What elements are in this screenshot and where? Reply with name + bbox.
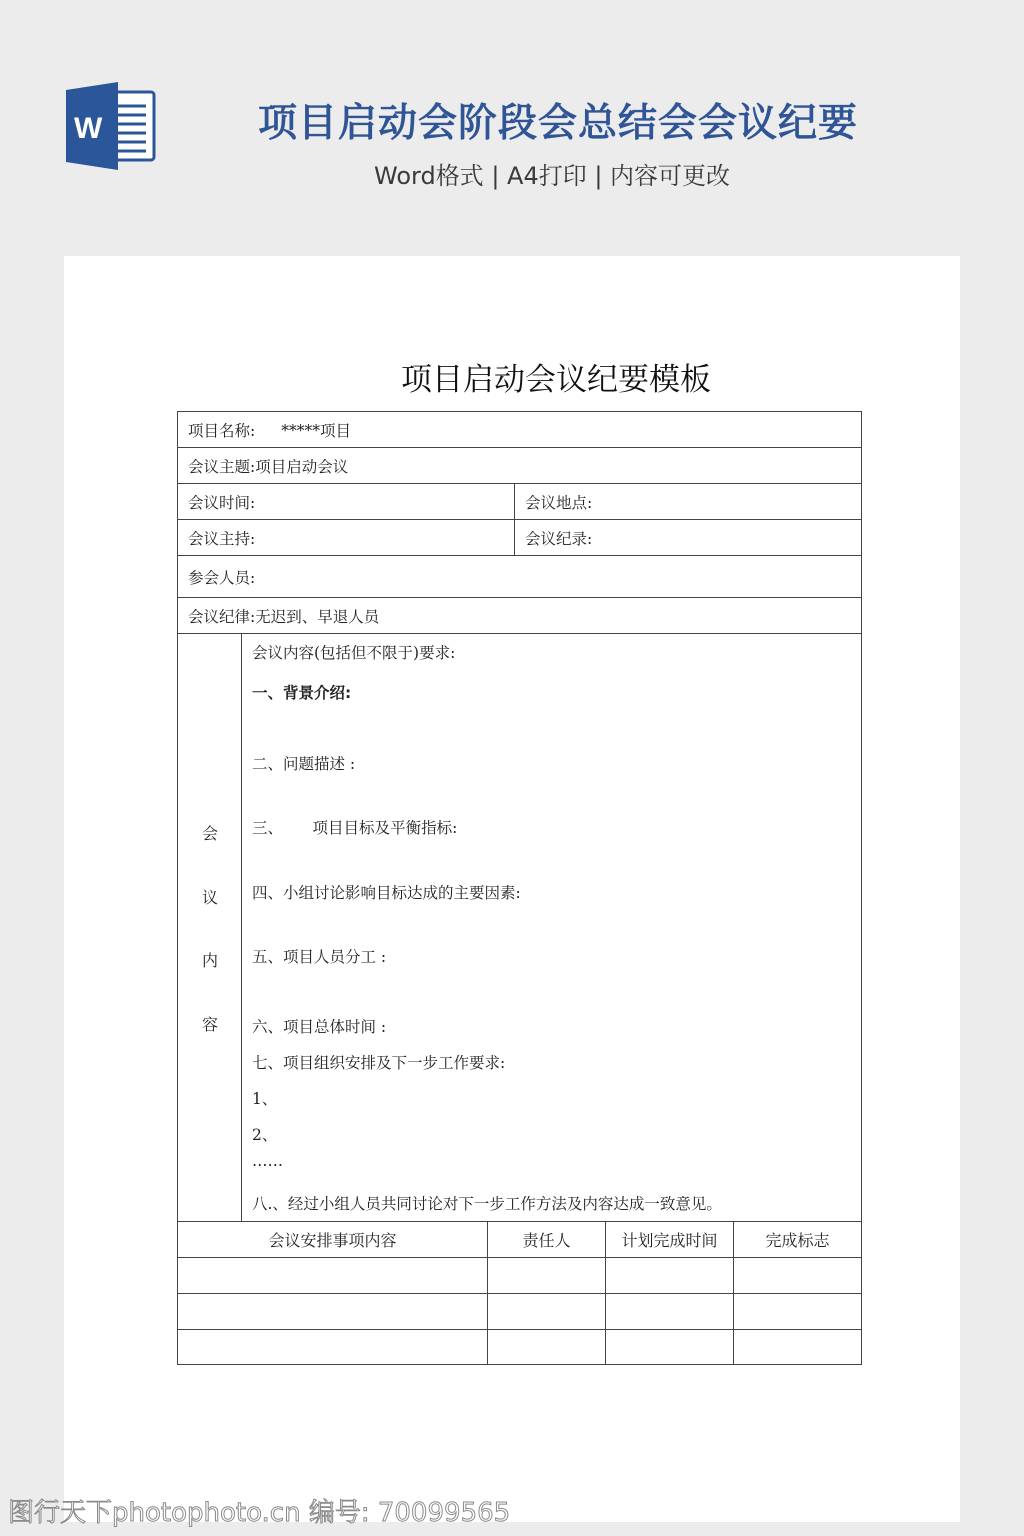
content-item-1[interactable]: 一、背景介绍:: [252, 681, 351, 703]
time-field[interactable]: 会议时间:: [178, 484, 515, 519]
col-header-completion: 完成标志: [734, 1222, 861, 1257]
table-cell[interactable]: [734, 1294, 861, 1329]
col-header-deadline: 计划完成时间: [606, 1222, 734, 1257]
recorder-field[interactable]: 会议纪录:: [515, 520, 861, 555]
topic-row: 会议主题:项目启动会议: [177, 447, 862, 483]
table-cell[interactable]: [488, 1330, 606, 1364]
content-item-3[interactable]: 三、 项目目标及平衡指标:: [252, 816, 457, 838]
discipline-row: 会议纪律:无迟到、早退人员: [177, 597, 862, 633]
table-cell[interactable]: [734, 1330, 861, 1364]
content-side-label: 会 议 内 容: [178, 634, 242, 1221]
content-item-5[interactable]: 五、项目人员分工 :: [252, 945, 386, 967]
table-cell[interactable]: [734, 1258, 861, 1293]
location-field[interactable]: 会议地点:: [515, 484, 861, 519]
topic-field[interactable]: 会议主题:项目启动会议: [178, 448, 861, 483]
content-item-2[interactable]: 二、问题描述 :: [252, 752, 355, 774]
host-field[interactable]: 会议主持:: [178, 520, 515, 555]
content-item-8[interactable]: 八.、经过小组人员共同讨论对下一步工作方法及内容达成一致意见。: [252, 1192, 722, 1214]
table-cell[interactable]: [606, 1330, 734, 1364]
content-ellipsis: ……: [252, 1152, 283, 1170]
content-item-6[interactable]: 六、项目总体时间 :: [252, 1015, 386, 1037]
col-header-item: 会议安排事项内容: [178, 1222, 488, 1257]
project-name-value[interactable]: *****项目: [281, 419, 351, 441]
watermark-text: 图行天下photophoto.cn 编号: 70099565: [8, 1492, 510, 1529]
host-recorder-row: 会议主持: 会议纪录:: [177, 519, 862, 555]
table-row: [177, 1257, 862, 1293]
banner-title: 项目启动会阶段会总结会会议纪要: [258, 92, 858, 148]
content-subitem-2[interactable]: 2、: [252, 1123, 277, 1145]
banner-subtitle: Word格式 | A4打印 | 内容可更改: [374, 156, 730, 191]
word-icon: W: [64, 82, 156, 170]
meeting-content-section: 会 议 内 容 会议内容(包括但不限于)要求: 一、背景介绍: 二、问题描述 :…: [177, 633, 862, 1221]
svg-text:W: W: [74, 112, 103, 145]
table-cell[interactable]: [178, 1258, 488, 1293]
content-subitem-1[interactable]: 1、: [252, 1087, 277, 1109]
table-cell[interactable]: [606, 1294, 734, 1329]
table-row: [177, 1329, 862, 1365]
project-name-row: 项目名称: *****项目: [177, 411, 862, 447]
table-cell[interactable]: [488, 1294, 606, 1329]
banner-header: W 项目启动会阶段会总结会会议纪要 Word格式 | A4打印 | 内容可更改: [0, 0, 1024, 256]
table-row: [177, 1293, 862, 1329]
content-item-7[interactable]: 七、项目组织安排及下一步工作要求:: [252, 1051, 505, 1073]
attendees-field[interactable]: 参会人员:: [178, 556, 861, 597]
table-cell[interactable]: [178, 1294, 488, 1329]
table-cell[interactable]: [178, 1330, 488, 1364]
content-intro: 会议内容(包括但不限于)要求:: [252, 641, 455, 663]
discipline-field[interactable]: 会议纪律:无迟到、早退人员: [178, 598, 861, 633]
project-name-label: 项目名称:: [188, 419, 255, 441]
document-page: 项目启动会议纪要模板 项目名称: *****项目 会议主题:项目启动会议 会议时…: [64, 256, 960, 1522]
table-cell[interactable]: [488, 1258, 606, 1293]
table-cell[interactable]: [606, 1258, 734, 1293]
action-table-header: 会议安排事项内容 责任人 计划完成时间 完成标志: [177, 1221, 862, 1257]
time-location-row: 会议时间: 会议地点:: [177, 483, 862, 519]
content-item-4[interactable]: 四、小组讨论影响目标达成的主要因素:: [252, 881, 521, 903]
attendees-row: 参会人员:: [177, 555, 862, 597]
col-header-owner: 责任人: [488, 1222, 606, 1257]
